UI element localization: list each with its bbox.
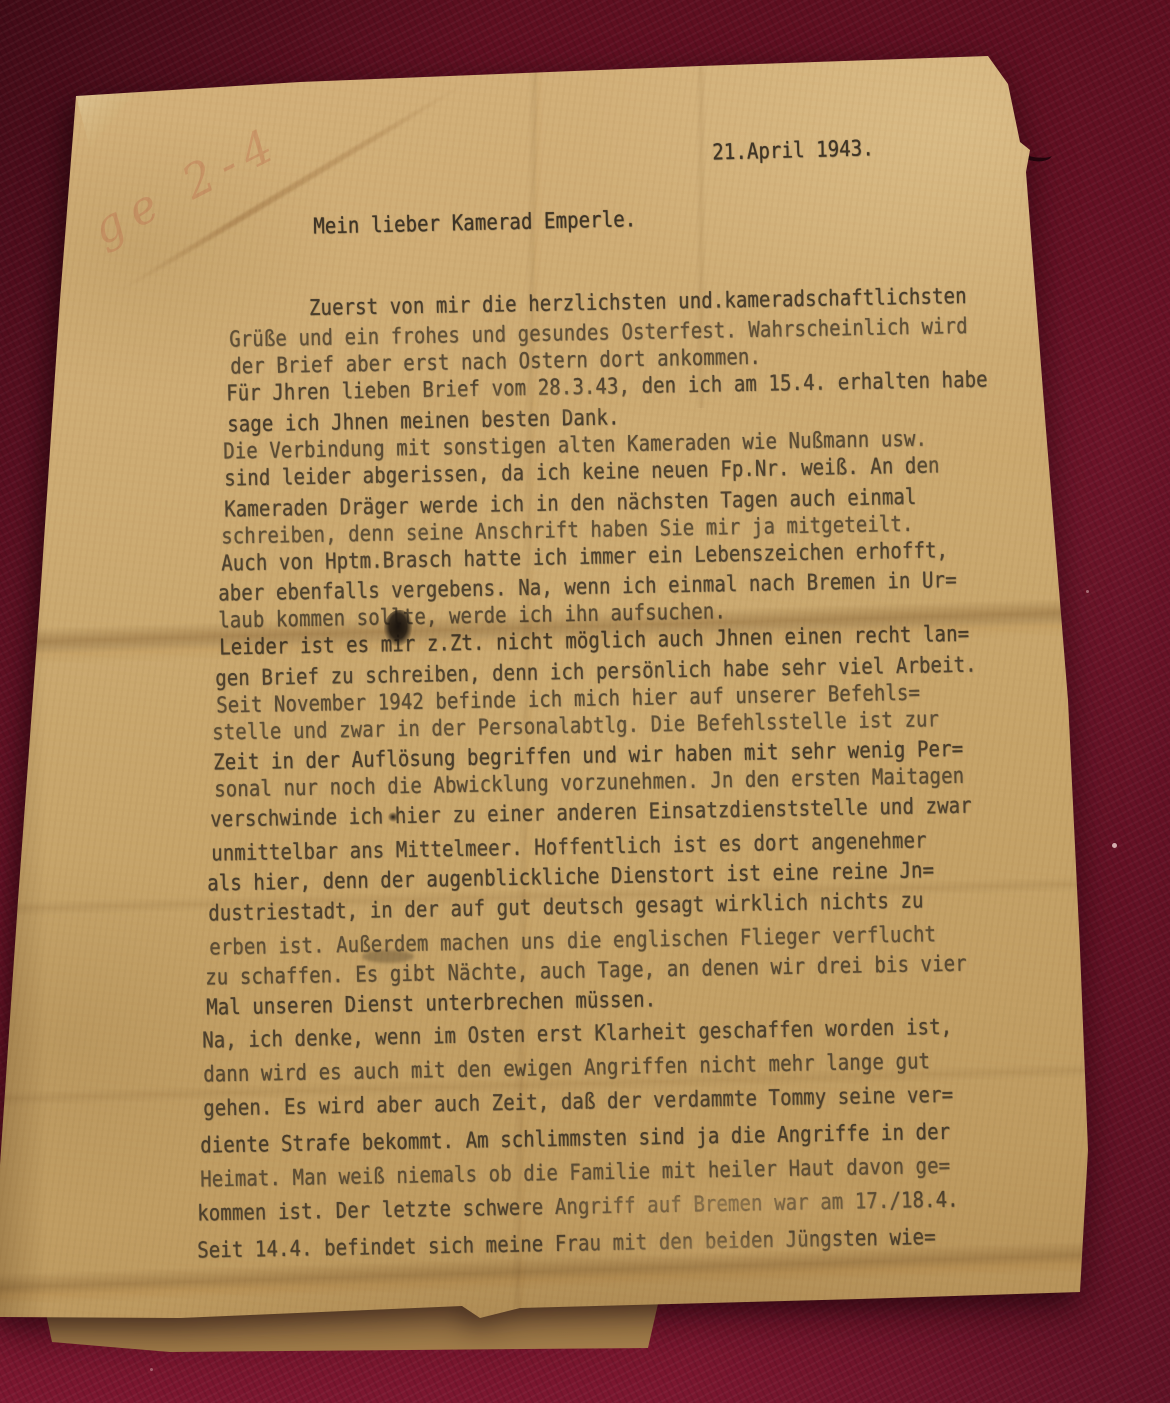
date-line: 21.April 1943. xyxy=(712,136,874,166)
letter-line: Seit 14.4. befindet sich meine Frau mit … xyxy=(197,1225,936,1264)
letter-line: dann wird es auch mit den ewigen Angriff… xyxy=(203,1049,930,1088)
ink-blot xyxy=(384,610,412,646)
letter-line: kommen ist. Der letzte schwere Angriff a… xyxy=(197,1187,959,1226)
letter-line: diente Strafe bekommt. Am schlimmsten si… xyxy=(200,1119,950,1158)
letter-line: Mal unseren Dienst unterbrechen müssen. xyxy=(206,986,656,1020)
letter-paper: ge 2-4 21.April 1943. Mein lieber Kamera… xyxy=(0,0,1170,1403)
ink-smudge xyxy=(362,950,414,963)
letter-line: gehen. Es wird aber auch Zeit, daß der v… xyxy=(203,1082,953,1121)
salutation-line: Mein lieber Kamerad Emperle. xyxy=(313,207,637,240)
letter-paper-wrapper: ge 2-4 21.April 1943. Mein lieber Kamera… xyxy=(0,0,1170,1403)
ink-spot xyxy=(388,812,398,822)
typed-text-layer: 21.April 1943. Mein lieber Kamerad Emper… xyxy=(0,0,1170,1403)
letter-line: Na, ich denke, wenn im Osten erst Klarhe… xyxy=(202,1014,952,1053)
photo-of-letter: { "photo": { "description": "Photograph … xyxy=(0,0,1170,1403)
letter-line: Heimat. Man weiß niemals ob die Familie … xyxy=(200,1153,950,1192)
